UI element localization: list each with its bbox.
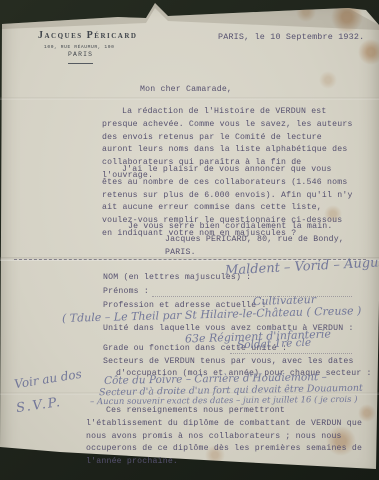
letterhead-name: Jacques Péricard [38, 30, 137, 43]
closing-line: Je vous serre bien cordialement la main. [128, 221, 333, 234]
signature-line: Jacques PÉRICARD, 80, rue de Bondy, PARI… [165, 234, 379, 260]
footer-paragraph: Ces renseignements nous permettront l'ét… [86, 405, 364, 469]
form-secteurs-label-line1: Secteurs de VERDUN tenus par vous, avec … [103, 356, 354, 369]
scanned-letter-canvas: Jacques Péricard 100, RUE RÉAUMUR, 100 P… [0, 0, 379, 480]
form-grade-blank-line [230, 352, 352, 354]
salutation: Mon cher Camarade, [140, 84, 232, 97]
letterhead-city: PARIS [68, 49, 93, 64]
form-prenoms-label: Prénoms : [103, 286, 149, 299]
dateline: PARIS, le 10 Septembre 1932. [218, 31, 364, 44]
